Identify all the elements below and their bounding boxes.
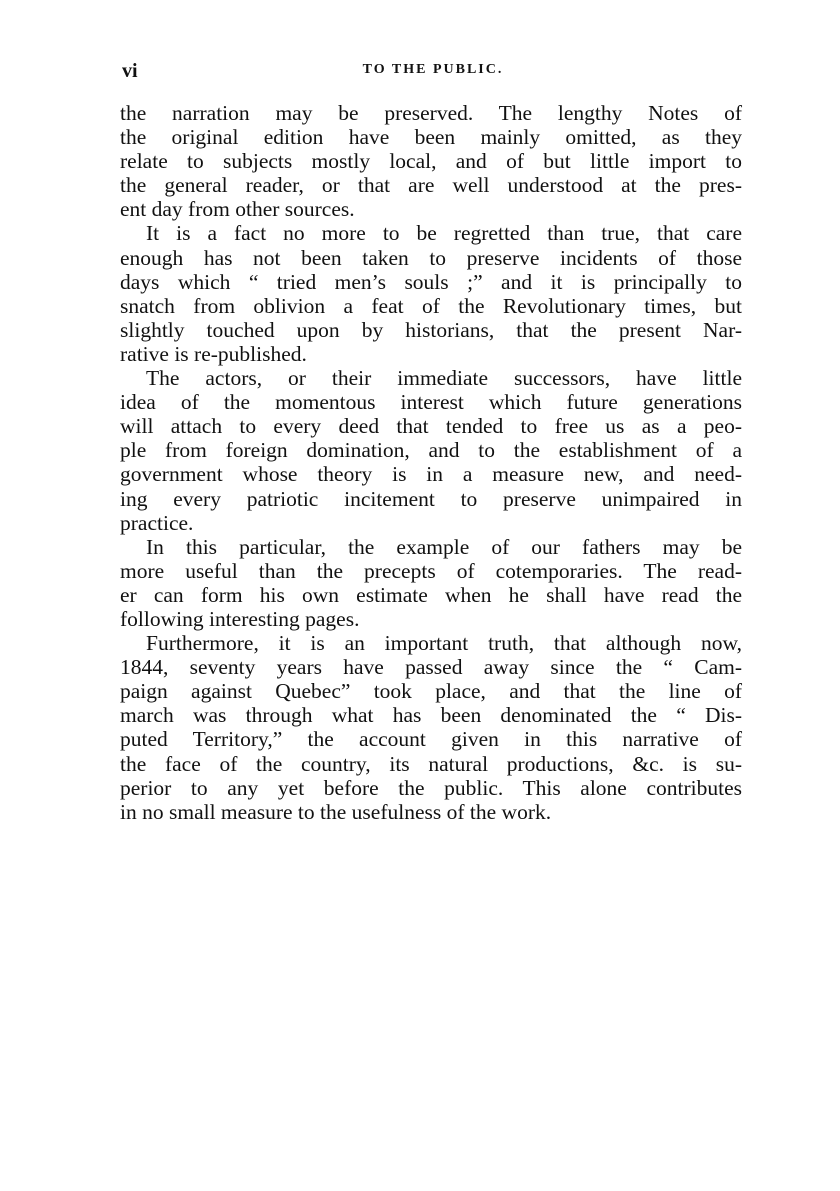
paragraph: The actors, or their immediate successor… [120, 366, 742, 535]
text-line: in no small measure to the usefulness of… [120, 800, 742, 824]
text-line: the narration may be preserved. The leng… [120, 101, 742, 125]
text-line: rative is re-published. [120, 342, 742, 366]
running-head-title: TO THE PUBLIC. [122, 62, 744, 78]
text-line: er can form his own estimate when he sha… [120, 583, 742, 607]
text-line: more useful than the precepts of cotempo… [120, 559, 742, 583]
text-line: following interesting pages. [120, 607, 742, 631]
text-line: slightly touched upon by historians, tha… [120, 318, 742, 342]
text-line: Furthermore, it is an important truth, t… [120, 631, 742, 655]
paragraph: It is a fact no more to be regretted tha… [120, 221, 742, 366]
text-line: ple from foreign domination, and to the … [120, 438, 742, 462]
text-line: 1844, seventy years have passed away sin… [120, 655, 742, 679]
text-line: relate to subjects mostly local, and of … [120, 149, 742, 173]
text-line: enough has not been taken to preserve in… [120, 246, 742, 270]
text-line: It is a fact no more to be regretted tha… [120, 221, 742, 245]
text-line: the general reader, or that are well und… [120, 173, 742, 197]
book-page: vi TO THE PUBLIC. the narration may be p… [0, 0, 840, 1191]
text-line: will attach to every deed that tended to… [120, 414, 742, 438]
text-line: march was through what has been denomina… [120, 703, 742, 727]
text-line: the original edition have been mainly om… [120, 125, 742, 149]
body-text: the narration may be preserved. The leng… [120, 101, 742, 824]
text-line: In this particular, the example of our f… [120, 535, 742, 559]
text-line: days which “ tried men’s souls ;” and it… [120, 270, 742, 294]
paragraph: Furthermore, it is an important truth, t… [120, 631, 742, 824]
text-line: puted Territory,” the account given in t… [120, 727, 742, 751]
text-line: ing every patriotic incitement to preser… [120, 487, 742, 511]
paragraph: In this particular, the example of our f… [120, 535, 742, 631]
text-line: The actors, or their immediate successor… [120, 366, 742, 390]
text-line: practice. [120, 511, 742, 535]
text-line: paign against Quebec” took place, and th… [120, 679, 742, 703]
paragraph: the narration may be preserved. The leng… [120, 101, 742, 221]
running-head: vi TO THE PUBLIC. [122, 60, 744, 86]
text-line: ent day from other sources. [120, 197, 742, 221]
text-line: the face of the country, its natural pro… [120, 752, 742, 776]
text-line: idea of the momentous interest which fut… [120, 390, 742, 414]
text-line: snatch from oblivion a feat of the Revol… [120, 294, 742, 318]
text-line: perior to any yet before the public. Thi… [120, 776, 742, 800]
text-line: government whose theory is in a measure … [120, 462, 742, 486]
